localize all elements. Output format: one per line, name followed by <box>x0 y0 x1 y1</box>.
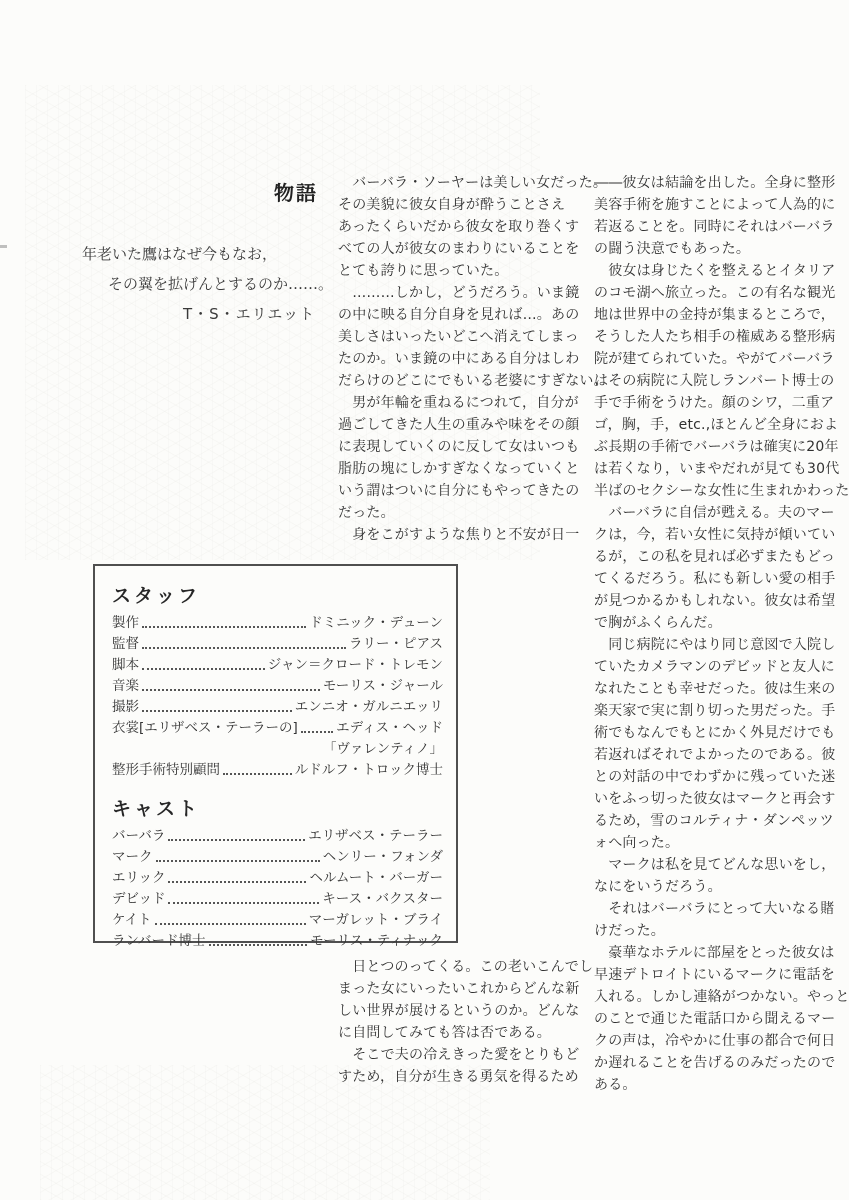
story-line: ある。 <box>594 1074 849 1096</box>
story-line: 早速デトロイトにいるマークに電話を <box>594 964 849 986</box>
story-line: 地は世界中の金持が集まるところで， <box>594 304 849 326</box>
cast-row: バーバラ エリザベス・テーラー <box>112 826 443 847</box>
story-line: との対話の中でわずかに残っていた迷 <box>594 766 849 788</box>
dotted-leader <box>142 668 265 670</box>
story-line: その美貌に彼女自身が酔うことさえ <box>338 194 608 216</box>
staff-row: 製作 ドミニック・デューン <box>112 613 443 634</box>
story-line: 術でもなんでもとにかく外見だけでも <box>594 722 849 744</box>
story-line: るが，この私を見れば必ずまたもどっ <box>594 546 849 568</box>
dotted-leader <box>168 881 306 883</box>
staff-row: 音楽 モーリス・ジャール <box>112 676 443 697</box>
story-line: しい世界が展けるというのか。どんな <box>338 1000 593 1022</box>
epigraph-line: 年老いた鷹はなぜ今もなお， <box>82 239 333 269</box>
credit-role: マーク <box>112 847 153 868</box>
credit-role: 整形手術特別顧問 <box>112 760 220 781</box>
dotted-leader <box>223 773 292 775</box>
story-line: いう謂はついに自分にもやってきたの <box>338 480 608 502</box>
story-line: べての人が彼女のまわりにいることを <box>338 238 608 260</box>
staff-row: 衣裳[エリザベス・テーラーの] エディス・ヘッド <box>112 718 443 739</box>
story-line: 脂肪の塊にしかすぎなくなっていくと <box>338 458 608 480</box>
story-line: 入れる。しかし連絡がつかない。やっと <box>594 986 849 1008</box>
story-line: 院が建てられていた。やがてバーバラ <box>594 348 849 370</box>
cast-heading: キャスト <box>112 794 443 821</box>
story-line: は若くなり，いまやだれが見ても30代 <box>594 458 849 480</box>
cast-row: ランバード博士 モーリス・ティナック <box>112 931 443 952</box>
story-line: ぶ長期の手術でバーバラは確実に20年 <box>594 436 849 458</box>
story-line: とても誇りに思っていた。 <box>338 260 608 282</box>
cast-row: ケイト マーガレット・ブライ <box>112 910 443 931</box>
credit-role: エリック <box>112 868 165 889</box>
dotted-leader <box>142 710 292 712</box>
dotted-leader <box>301 731 333 733</box>
story-line: ォへ向った。 <box>594 832 849 854</box>
story-line: 過ごしてきた人生の重みや味をその顔 <box>338 414 608 436</box>
dotted-leader <box>142 647 346 649</box>
story-line: 若返ればそれでよかったのである。彼 <box>594 744 849 766</box>
story-line: クの声は，冷やかに仕事の都合で何日 <box>594 1030 849 1052</box>
credit-role: 撮影 <box>112 697 139 718</box>
credit-person: エディス・ヘッド <box>336 718 443 739</box>
film-program-page: 物語 年老いた鷹はなぜ今もなお， その翼を拡げんとするのか……。 T・S・エリエ… <box>0 0 849 1200</box>
story-line: 豪華なホテルに部屋をとった彼女は <box>594 942 849 964</box>
story-line: そうした人たち相手の権威ある整形病 <box>594 326 849 348</box>
dotted-leader <box>155 923 306 925</box>
story-line: 美容手術を施すことによって人為的に <box>594 194 849 216</box>
story-line: 半ばのセクシーな女性に生まれかわった。 <box>594 480 849 502</box>
dotted-leader <box>142 689 320 691</box>
story-line: ゴ，胸，手，etc.,ほとんど全身におよ <box>594 414 849 436</box>
staff-row-continuation: 「ヴァレンティノ」 <box>112 739 443 760</box>
credits-box: スタッフ 製作 ドミニック・デューン 監督 ラリー・ピアス 脚本 ジャン＝クロー… <box>93 564 458 943</box>
epigraph-attribution: T・S・エリエット <box>183 299 333 329</box>
staff-row: 脚本 ジャン＝クロード・トレモン <box>112 655 443 676</box>
story-line: マークは私を見てどんな思いをし， <box>594 854 849 876</box>
story-line: バーバラ・ソーヤーは美しい女だった。 <box>338 172 608 194</box>
story-line: 手で手術をうけた。顔のシワ，二重ア <box>594 392 849 414</box>
story-line: たのか。いま鏡の中にある自分はしわ <box>338 348 608 370</box>
credit-person: ルドルフ・トロック博士 <box>295 760 443 781</box>
credit-person: ラリー・ピアス <box>349 634 443 655</box>
staff-heading: スタッフ <box>112 581 443 608</box>
credit-role: バーバラ <box>112 826 165 847</box>
story-line: すため，自分が生きる勇気を得るため <box>338 1066 593 1088</box>
story-line: クは，今，若い女性に気持が傾いてい <box>594 524 849 546</box>
story-line: だった。 <box>338 502 608 524</box>
credit-role: デビッド <box>112 889 165 910</box>
story-line: 楽天家で実に割り切った男だった。手 <box>594 700 849 722</box>
story-line: が見つかるかもしれない。彼女は希望 <box>594 590 849 612</box>
story-line: るため，雪のコルティナ・ダンペッツ <box>594 810 849 832</box>
page-edge-mark <box>0 245 7 248</box>
story-line: に表現していくのに反して女はいつも <box>338 436 608 458</box>
story-line: ていたカメラマンのデビッドと友人に <box>594 656 849 678</box>
story-line: に自問してみても答は否である。 <box>338 1022 593 1044</box>
story-line: 身をこがすような焦りと不安が日一 <box>338 524 608 546</box>
cast-row: マーク ヘンリー・フォンダ <box>112 847 443 868</box>
story-column-middle-continued: 日とつのってくる。この老いこんでしまった女にいったいこれからどんな新しい世界が展… <box>338 956 593 1088</box>
story-line: 彼女は身じたくを整えるとイタリア <box>594 260 849 282</box>
credit-person: マーガレット・ブライ <box>309 910 443 931</box>
dotted-leader <box>209 944 308 946</box>
story-line: で胸がふくらんだ。 <box>594 612 849 634</box>
staff-list: 製作 ドミニック・デューン 監督 ラリー・ピアス 脚本 ジャン＝クロード・トレモ… <box>112 613 443 739</box>
story-line: いをふっ切った彼女はマークと再会す <box>594 788 849 810</box>
epigraph-line: その翼を拡げんとするのか……。 <box>108 269 333 299</box>
staff-row: 監督 ラリー・ピアス <box>112 634 443 655</box>
story-line: 男が年輪を重ねるにつれて，自分が <box>338 392 608 414</box>
dotted-leader <box>168 839 305 841</box>
story-line: 若返ることを。同時にそれはバーバラ <box>594 216 849 238</box>
story-line: の闘う決意でもあった。 <box>594 238 849 260</box>
credit-role: 衣裳[エリザベス・テーラーの] <box>112 718 298 739</box>
story-column-right: ――彼女は結論を出した。全身に整形美容手術を施すことによって人為的に若返ることを… <box>594 172 849 1096</box>
credit-person: モーリス・ティナック <box>310 931 443 952</box>
story-line: のことで通じた電話口から聞えるマー <box>594 1008 849 1030</box>
story-line: まった女にいったいこれからどんな新 <box>338 978 593 1000</box>
credit-role: ランバード博士 <box>112 931 206 952</box>
story-line: なれたことも幸せだった。彼は生来の <box>594 678 849 700</box>
cast-row: デビッド キース・バクスター <box>112 889 443 910</box>
epigraph: 年老いた鷹はなぜ今もなお， その翼を拡げんとするのか……。 T・S・エリエット <box>82 239 333 329</box>
costume-note: 「ヴァレンティノ」 <box>323 739 443 760</box>
story-line: なにをいうだろう。 <box>594 876 849 898</box>
credit-person: ドミニック・デューン <box>309 613 443 634</box>
story-line: バーバラに自信が甦える。夫のマー <box>594 502 849 524</box>
credit-person: ヘルムート・バーガー <box>309 868 443 889</box>
story-line: だらけのどこにでもいる老婆にすぎない。 <box>338 370 608 392</box>
story-line: けだった。 <box>594 920 849 942</box>
credit-person: キース・バクスター <box>322 889 443 910</box>
dotted-leader <box>168 902 319 904</box>
story-line: てくるだろう。私にも新しい愛の相手 <box>594 568 849 590</box>
credit-role: 製作 <box>112 613 139 634</box>
credit-role: 音楽 <box>112 676 139 697</box>
story-line: ――彼女は結論を出した。全身に整形 <box>594 172 849 194</box>
staff-row: 撮影 エンニオ・ガルニエッリ <box>112 697 443 718</box>
dotted-leader <box>142 626 306 628</box>
story-line: か遅れることを告げるのみだったので <box>594 1052 849 1074</box>
credit-role: 監督 <box>112 634 139 655</box>
story-line: あったくらいだから彼女を取り巻くす <box>338 216 608 238</box>
story-line: の中に映る自分自身を見れば…。あの <box>338 304 608 326</box>
credit-person: モーリス・ジャール <box>323 676 443 697</box>
staff-row: 整形手術特別顧問 ルドルフ・トロック博士 <box>112 760 443 781</box>
story-line: はその病院に入院しランバート博士の <box>594 370 849 392</box>
credit-role: 脚本 <box>112 655 139 676</box>
cast-list: バーバラ エリザベス・テーラー マーク ヘンリー・フォンダ エリック ヘルムート… <box>112 826 443 952</box>
story-line: ………しかし，どうだろう。いま鏡 <box>338 282 608 304</box>
story-line: そこで夫の冷えきった愛をとりもど <box>338 1044 593 1066</box>
credit-person: ジャン＝クロード・トレモン <box>268 655 443 676</box>
cast-row: エリック ヘルムート・バーガー <box>112 868 443 889</box>
story-column-middle: バーバラ・ソーヤーは美しい女だった。その美貌に彼女自身が酔うことさえあったくらい… <box>338 172 608 546</box>
story-line: のコモ湖へ旅立った。この有名な観光 <box>594 282 849 304</box>
story-line: それはバーバラにとって大いなる賭 <box>594 898 849 920</box>
credit-role: ケイト <box>112 910 152 931</box>
page-title: 物語 <box>274 177 318 206</box>
credit-person: ヘンリー・フォンダ <box>323 847 443 868</box>
credit-person: エリザベス・テーラー <box>308 826 443 847</box>
dotted-leader <box>156 860 320 862</box>
credit-person: エンニオ・ガルニエッリ <box>295 697 443 718</box>
story-line: 日とつのってくる。この老いこんでし <box>338 956 593 978</box>
story-line: 美しさはいったいどこへ消えてしまっ <box>338 326 608 348</box>
story-line: 同じ病院にやはり同じ意図で入院し <box>594 634 849 656</box>
